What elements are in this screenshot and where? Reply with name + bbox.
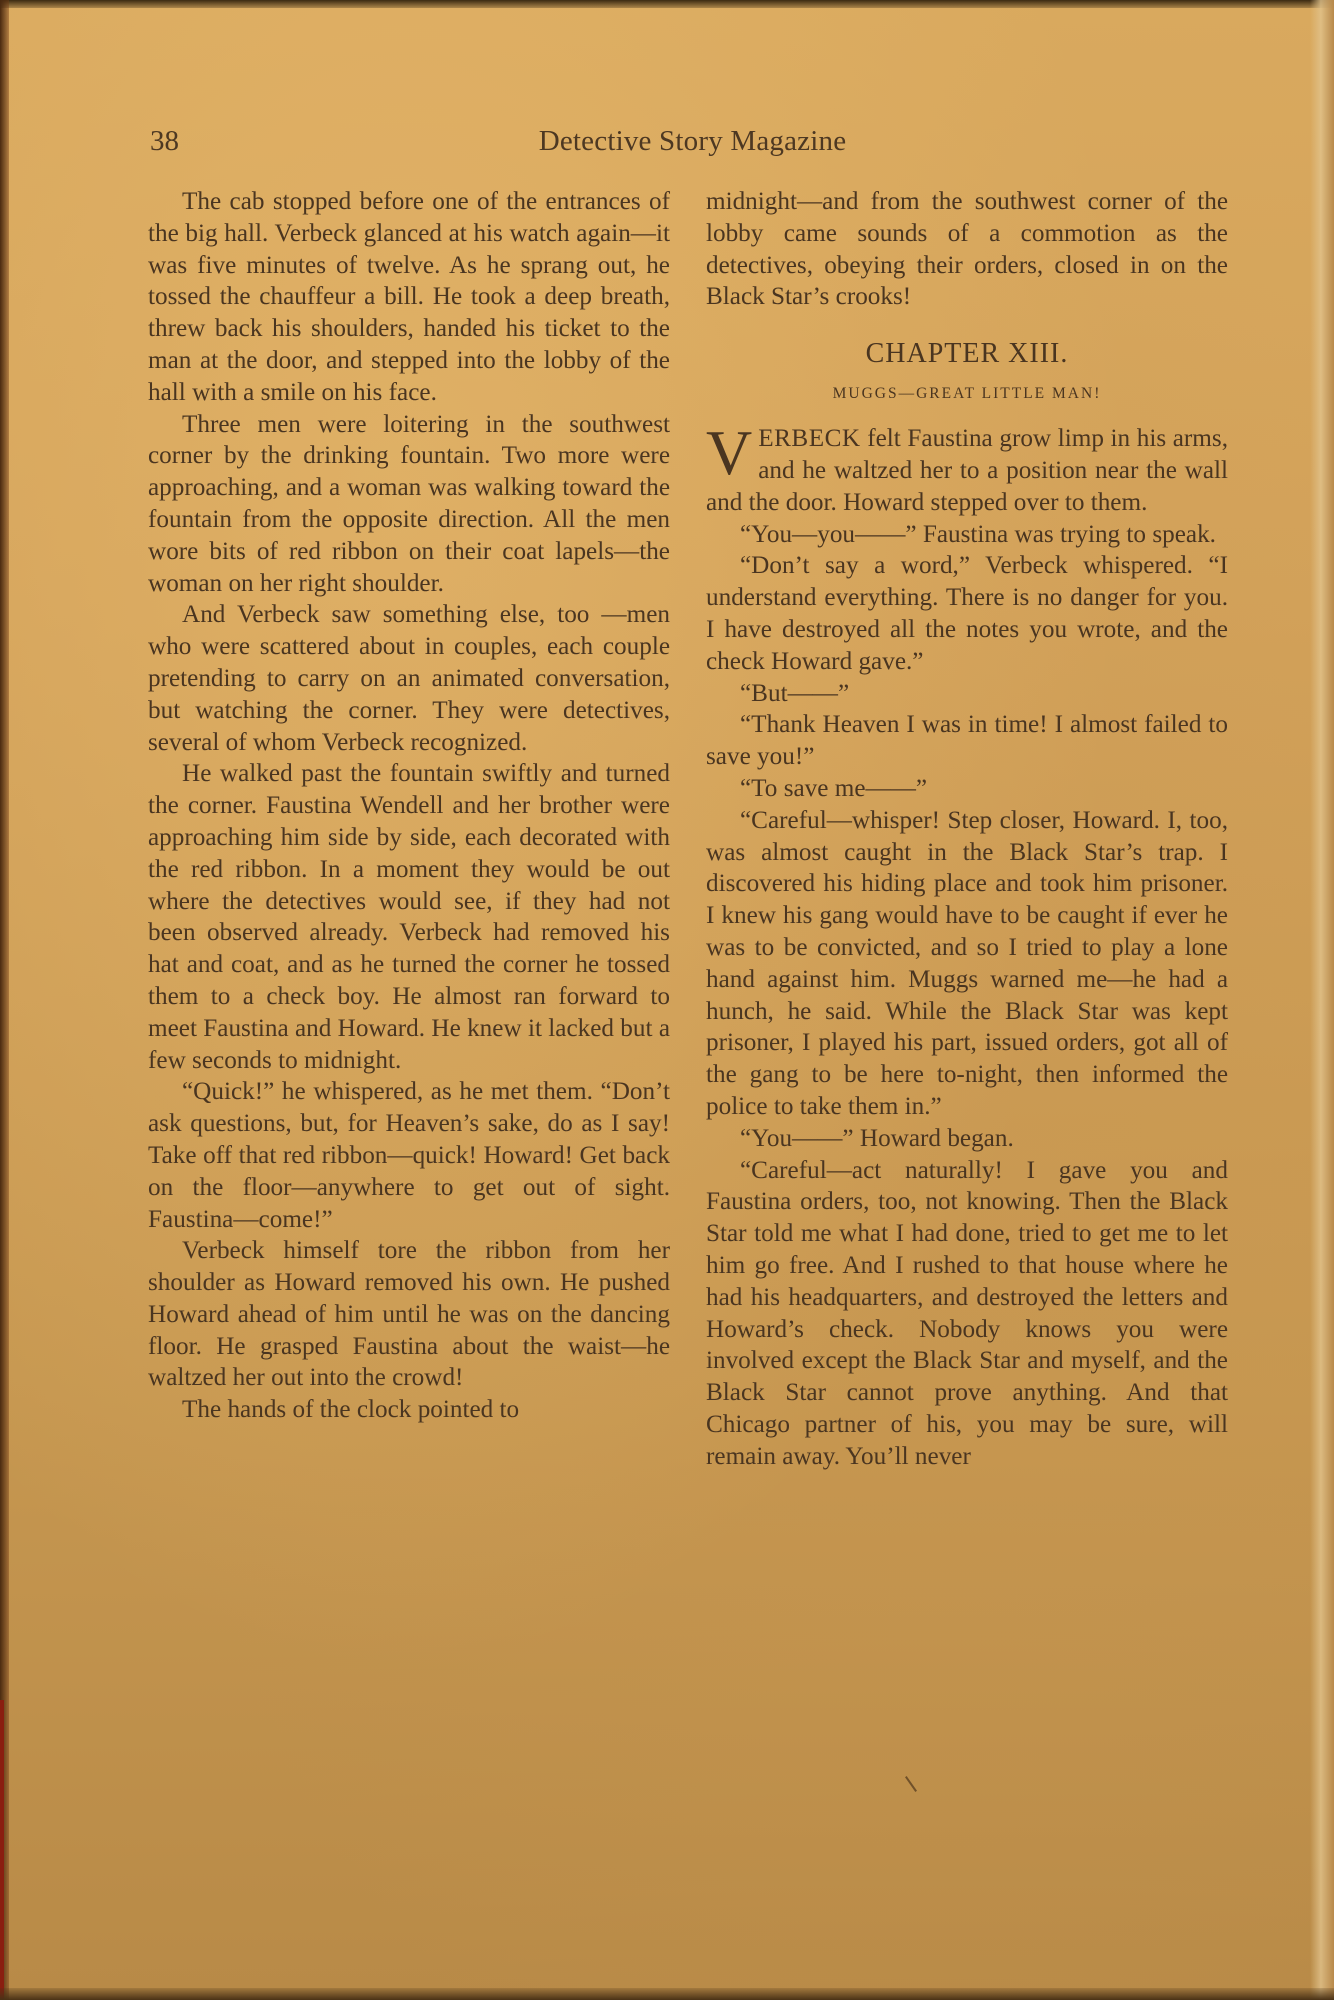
paragraph: “To save me——”: [706, 773, 1228, 805]
paragraph: And Verbeck saw something else, too —men…: [148, 599, 670, 758]
paragraph: “You—you——” Faustina was trying to speak…: [706, 519, 1228, 551]
chapter-title: CHAPTER XIII.: [706, 337, 1228, 371]
page-bottom-edge: [0, 1988, 1334, 2000]
paragraph: “Quick!” he whispered, as he met them. “…: [148, 1076, 670, 1235]
paragraph: “Careful—whisper! Step closer, Howard. I…: [706, 805, 1228, 1123]
chapter-subtitle: Muggs—Great Little Man!: [706, 383, 1228, 405]
paragraph: He walked past the fountain swiftly and …: [148, 758, 670, 1076]
paragraph: The hands of the clock pointed to: [148, 1394, 670, 1426]
paragraph: “But——”: [706, 678, 1228, 710]
continuation-paragraph: midnight—and from the southwest corner o…: [706, 186, 1228, 313]
paragraph: “Thank Heaven I was in time! I almost fa…: [706, 709, 1228, 773]
paragraph: The cab stopped before one of the entran…: [148, 186, 670, 409]
running-head: 38 Detective Story Magazine: [150, 125, 1235, 165]
paragraph: “Don’t say a word,” Verbeck whispered. “…: [706, 550, 1228, 677]
page-top-edge-shadow: [0, 0, 1334, 8]
opening-word: ERBECK: [758, 425, 860, 452]
magazine-page: 38 Detective Story Magazine The cab stop…: [0, 0, 1334, 2000]
paper-mark: [905, 1776, 917, 1792]
left-column: The cab stopped before one of the entran…: [148, 186, 670, 1426]
paragraph: Three men were loitering in the southwes…: [148, 409, 670, 600]
paragraph: Verbeck himself tore the ribbon from her…: [148, 1235, 670, 1394]
paragraph: “Careful—act naturally! I gave you and F…: [706, 1155, 1228, 1473]
magazine-title: Detective Story Magazine: [150, 125, 1235, 158]
drop-cap: V: [706, 427, 752, 479]
cover-edge-red: [0, 1700, 4, 2000]
right-column: midnight—and from the southwest corner o…: [706, 186, 1228, 1472]
paragraph: “You——” Howard began.: [706, 1123, 1228, 1155]
chapter-opening-paragraph: VERBECK felt Faustina grow limp in his a…: [706, 423, 1228, 518]
page-right-edge: [1310, 0, 1334, 2000]
